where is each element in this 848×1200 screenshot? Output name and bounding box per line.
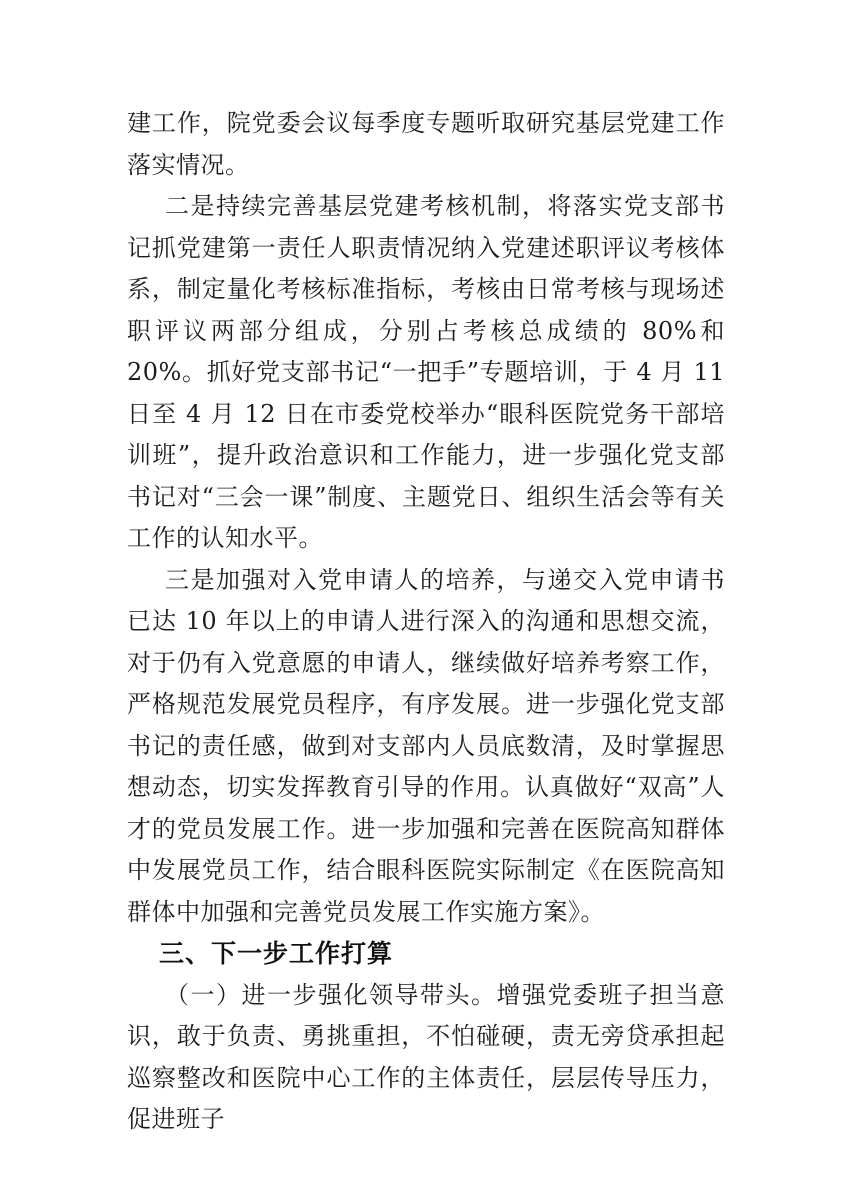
paragraph-next-step-one: （一）进一步强化领导带头。增强党委班子担当意识，敢于负责、勇挑重担，不怕碰硬，责…: [127, 975, 725, 1141]
document-page: 建工作，院党委会议每季度专题听取研究基层党建工作落实情况。 二是持续完善基层党建…: [0, 0, 848, 1200]
section-heading-next-steps: 三、下一步工作打算: [127, 933, 725, 975]
paragraph-continuation: 建工作，院党委会议每季度专题听取研究基层党建工作落实情况。: [127, 103, 725, 186]
paragraph-measure-two: 二是持续完善基层党建考核机制，将落实党支部书记抓党建第一责任人职责情况纳入党建述…: [127, 186, 725, 560]
paragraph-measure-three: 三是加强对入党申请人的培养，与递交入党申请书已达 10 年以上的申请人进行深入的…: [127, 560, 725, 934]
document-text-block: 建工作，院党委会议每季度专题听取研究基层党建工作落实情况。 二是持续完善基层党建…: [127, 103, 725, 1141]
